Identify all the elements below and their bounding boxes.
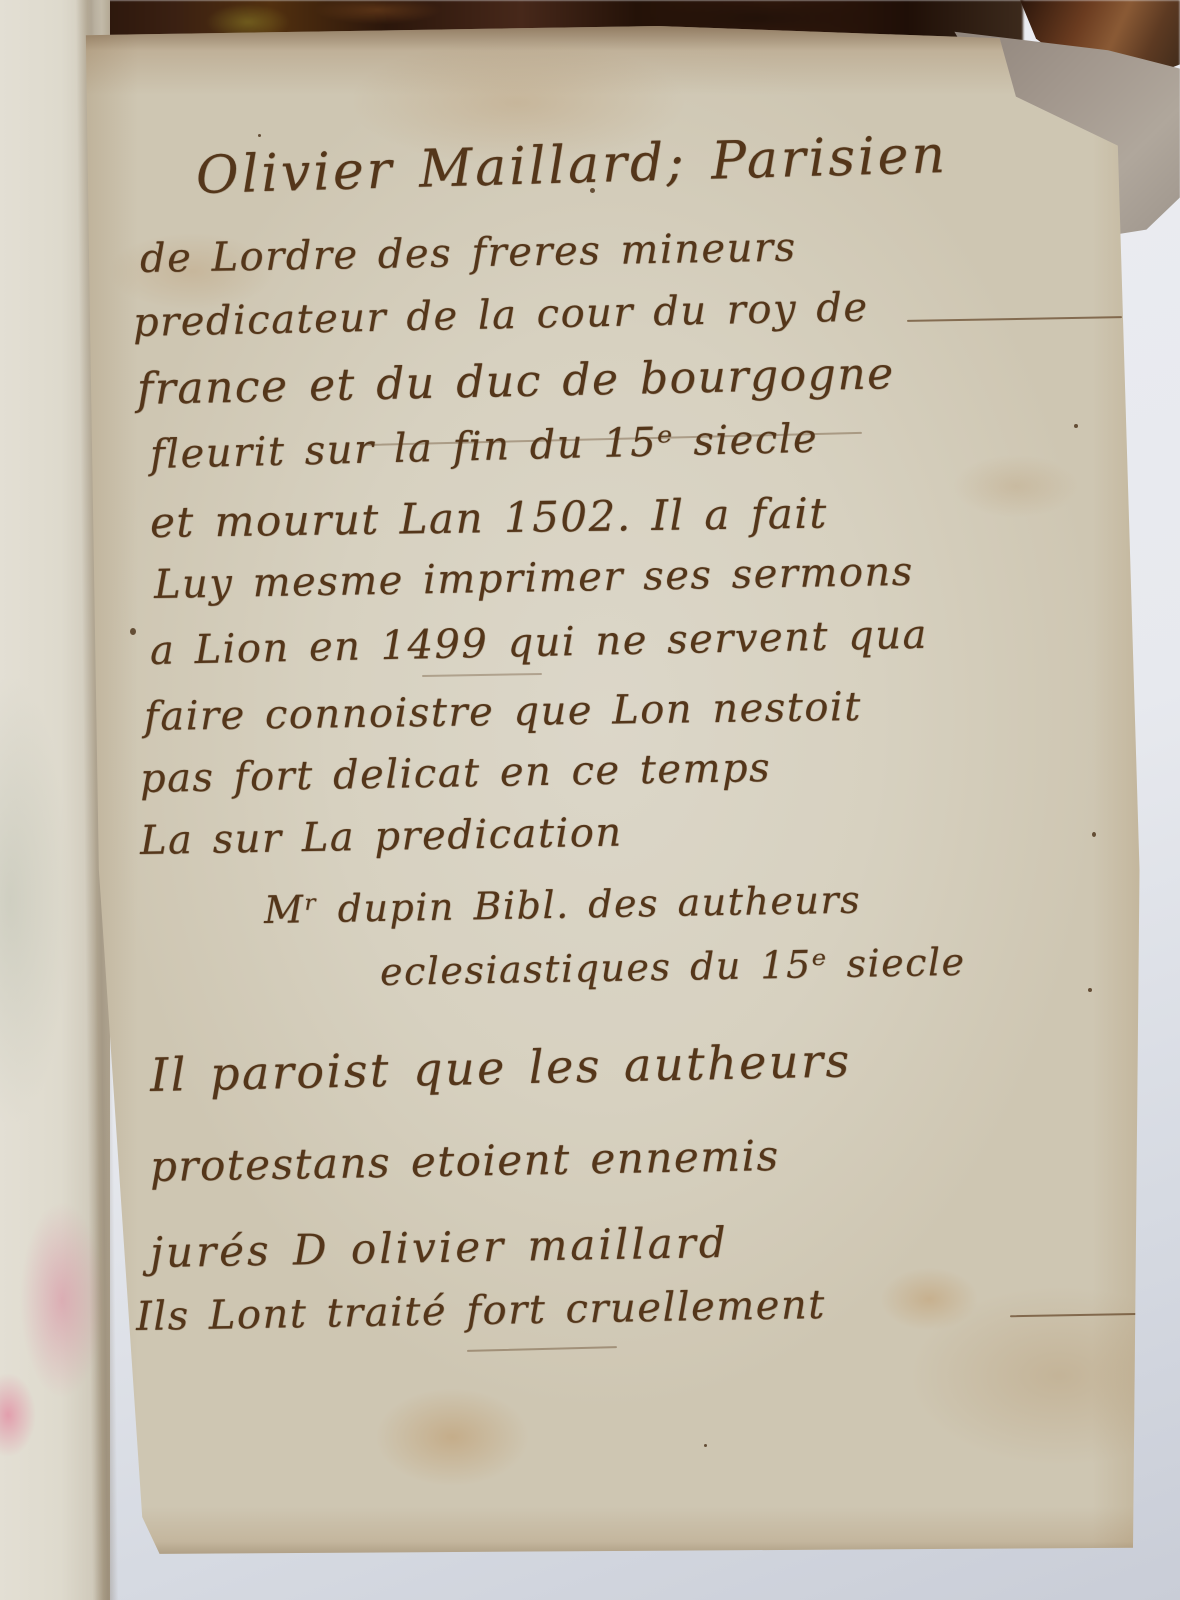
ink-speck	[1088, 988, 1092, 992]
ink-flourish	[907, 316, 1122, 322]
ink-speck	[704, 1444, 707, 1447]
manuscript-line-11: La sur La predication	[140, 810, 623, 864]
ink-speck	[258, 134, 261, 137]
manuscript-line-16: jurés D olivier maillard	[150, 1218, 729, 1277]
ink-speck	[1092, 832, 1096, 837]
ink-speck	[1074, 424, 1078, 428]
ink-flourish	[1010, 1313, 1150, 1317]
ink-flourish	[422, 673, 542, 677]
antique-book-photo: Olivier Maillard; Parisien de Lordre des…	[0, 0, 1180, 1600]
ink-speck	[130, 628, 136, 635]
ink-flourish	[467, 1346, 617, 1352]
manuscript-line-6: et mourut Lan 1502. Il a fait	[150, 489, 828, 547]
